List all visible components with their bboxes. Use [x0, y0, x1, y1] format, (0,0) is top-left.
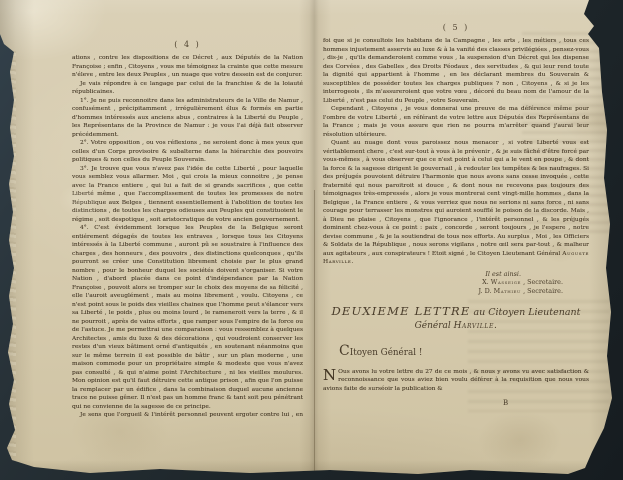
attestation: Il est ainsi. X. Wasseige , Secretaire. … [323, 270, 583, 296]
heading-line2-name: Harville. [454, 321, 498, 331]
left-paragraph-closing: Je sens que l'orgueil & l'intérêt person… [72, 411, 303, 418]
left-paragraph-point-3: 3°. Je trouve que vous n'avez pas l'idée… [72, 165, 303, 225]
secretary-2-role: , Secretaire. [521, 287, 563, 295]
opening-text: Ous avons lu votre lettre du 27 de ce mo… [323, 369, 589, 392]
secretary-1-given: X. [482, 278, 491, 286]
left-paragraph-reply: Je vais répondre à ce langage par celui … [72, 80, 303, 97]
right-paragraph-deference: Cependant , Citoyens , je vous donnerai … [323, 105, 589, 139]
opening-initial: N [323, 369, 336, 382]
opening-paragraph: NOus avons lu votre lettre du 27 de ce m… [323, 368, 589, 394]
salutation-text: Itoyen Général ! [350, 348, 423, 358]
right-page-number: ( 5 ) [323, 23, 589, 32]
heading-title: DEUXIEME LETTRE [332, 304, 471, 318]
left-page: ( 4 ) ations , contre les dispositions d… [72, 40, 303, 418]
secretary-line-1: X. Wasseige , Secretaire. [323, 278, 563, 287]
right-paragraph-warning-text: Quant au nuage dont vous paroissez nous … [323, 140, 589, 257]
book-spread: ( 4 ) ations , contre les dispositions d… [0, 0, 623, 480]
right-page: ( 5 ) foi que si je consultois les habit… [323, 23, 589, 423]
right-paragraph-warning: Quant au nuage dont vous paroissez nous … [323, 139, 589, 267]
heading-line2: Général Harville. [323, 320, 589, 333]
left-paragraph-point-2: 2°. Votre opposition , ou vos réflexions… [72, 139, 303, 165]
secretary-line-2: J. D. Mathieu , Secretaire. [323, 287, 563, 296]
letter-heading: DEUXIEME LETTRE au Citoyen Lieutenant Gé… [323, 303, 589, 333]
left-paragraph-point-1: 1°. Je ne puis reconnoitre dans les admi… [72, 97, 303, 140]
secretary-2-given: J. D. [478, 287, 493, 295]
left-page-number: ( 4 ) [72, 40, 303, 49]
heading-line2-prefix: Général [415, 321, 454, 331]
secretary-2-name: Mathieu [494, 287, 521, 295]
secretary-1-name: Wasseige [491, 278, 521, 286]
certified-line: Il est ainsi. [323, 270, 521, 279]
left-paragraph-point-4: 4°. C'est évidemment lorsque les Peuples… [72, 224, 303, 411]
heading-subtitle: au Citoyen Lieutenant [470, 307, 580, 318]
salutation: CItoyen Général ! [339, 343, 589, 359]
right-paragraph-continuation: foi que si je consultois les habitans de… [323, 37, 589, 105]
left-paragraph-continuation: ations , contre les dispositions de ce D… [72, 54, 303, 80]
secretary-1-role: , Secretaire. [521, 278, 563, 286]
salutation-initial: C [339, 343, 350, 359]
catchword: B [503, 399, 589, 407]
